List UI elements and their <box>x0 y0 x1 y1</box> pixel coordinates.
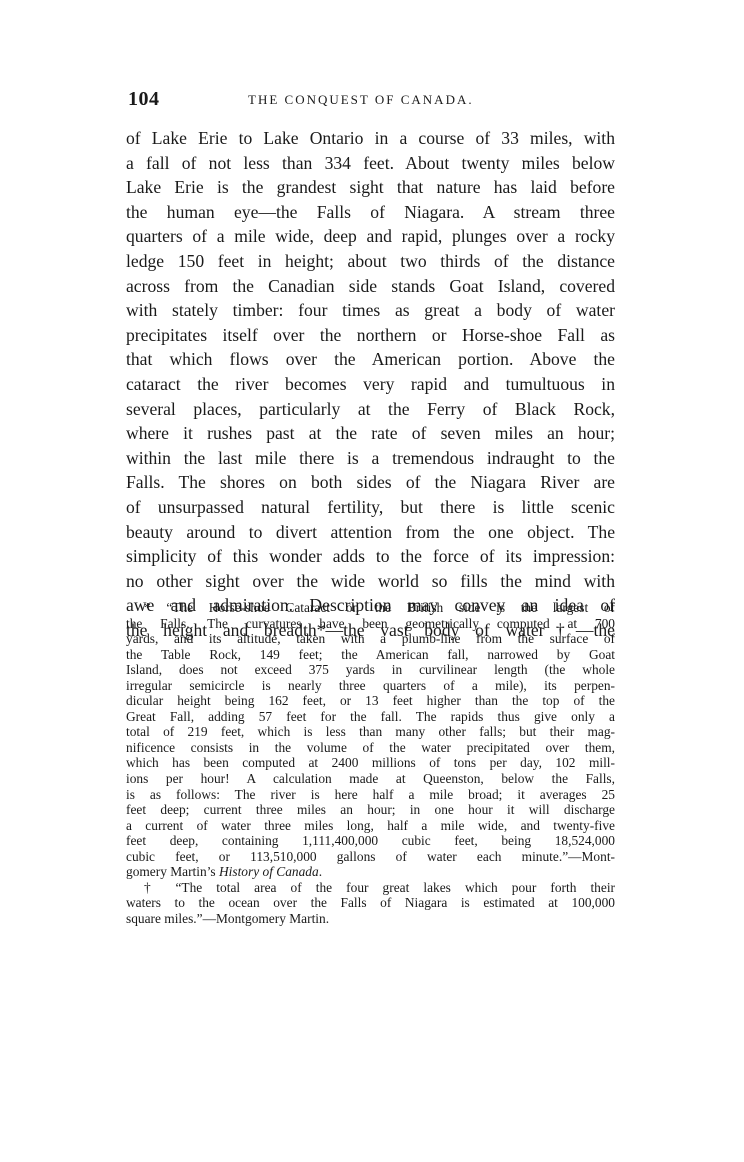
footnote-star: * “The Horse-shoe Cataract on the Britis… <box>126 600 615 880</box>
footnote-line: square miles.”—Montgomery Martin. <box>126 911 615 927</box>
body-line: precipitates itself over the northern or… <box>126 323 615 348</box>
footnote-line: Great Fall, adding 57 feet for the fall.… <box>126 709 615 725</box>
body-line: that which flows over the American porti… <box>126 347 615 372</box>
footnote-line: nificence consists in the volume of the … <box>126 740 615 756</box>
footnote-line: the Falls. The curvatures have been geom… <box>126 616 615 632</box>
footnote-line: irregular semicircle is nearly three qua… <box>126 678 615 694</box>
body-line: across from the Canadian side stands Goa… <box>126 274 615 299</box>
footnote-line: ions per hour! A calculation made at Que… <box>126 771 615 787</box>
footnotes: * “The Horse-shoe Cataract on the Britis… <box>126 600 615 926</box>
book-page: 104 THE CONQUEST OF CANADA. of Lake Erie… <box>0 0 744 1162</box>
body-line: simplicity of this wonder adds to the fo… <box>126 544 615 569</box>
footnote-line: total of 219 feet, which is less than ma… <box>126 724 615 740</box>
body-line: beauty around to divert attention from t… <box>126 520 615 545</box>
running-head: 104 THE CONQUEST OF CANADA. <box>126 88 614 112</box>
body-text: of Lake Erie to Lake Ontario in a course… <box>126 126 615 642</box>
body-line: of Lake Erie to Lake Ontario in a course… <box>126 126 615 151</box>
page-number: 104 <box>128 88 160 111</box>
citation-suffix: . <box>319 864 322 879</box>
footnote-line: feet deep, containing 1,111,400,000 cubi… <box>126 833 615 849</box>
body-line: the human eye—the Falls of Niagara. A st… <box>126 200 615 225</box>
body-line: with stately timber: four times as great… <box>126 298 615 323</box>
body-line: ledge 150 feet in height; about two thir… <box>126 249 615 274</box>
body-line: several places, particularly at the Ferr… <box>126 397 615 422</box>
footnote-line: dicular height being 162 feet, or 13 fee… <box>126 693 615 709</box>
body-line: cataract the river becomes very rapid an… <box>126 372 615 397</box>
book-title-citation: History of Canada <box>219 864 319 879</box>
body-line: quarters of a mile wide, deep and rapid,… <box>126 224 615 249</box>
footnote-line: a current of water three miles long, hal… <box>126 818 615 834</box>
body-line: a fall of not less than 334 feet. About … <box>126 151 615 176</box>
footnote-line: which has been computed at 2400 millions… <box>126 755 615 771</box>
footnote-line: yards, and its altitude, taken with a pl… <box>126 631 615 647</box>
body-line: no other sight over the wide world so fi… <box>126 569 615 594</box>
body-line: Falls. The shores on both sides of the N… <box>126 470 615 495</box>
footnote-line: * “The Horse-shoe Cataract on the Britis… <box>126 600 615 616</box>
footnote-line: Island, does not exceed 375 yards in cur… <box>126 662 615 678</box>
footnote-line: feet deep; current three miles an hour; … <box>126 802 615 818</box>
footnote-line: cubic feet, or 113,510,000 gallons of wa… <box>126 849 615 865</box>
body-line: Lake Erie is the grandest sight that nat… <box>126 175 615 200</box>
footnote-line: † “The total area of the four great lake… <box>126 880 615 896</box>
footnote-line: the Table Rock, 149 feet; the American f… <box>126 647 615 663</box>
footnote-line: is as follows: The river is here half a … <box>126 787 615 803</box>
body-line: within the last mile there is a tremendo… <box>126 446 615 471</box>
footnote-dagger: † “The total area of the four great lake… <box>126 880 615 927</box>
footnote-citation-line: gomery Martin’s History of Canada. <box>126 864 615 880</box>
citation-prefix: gomery Martin’s <box>126 864 219 879</box>
body-line: of unsurpassed natural fertility, but th… <box>126 495 615 520</box>
body-line: where it rushes past at the rate of seve… <box>126 421 615 446</box>
running-title: THE CONQUEST OF CANADA. <box>248 92 474 108</box>
footnote-line: waters to the ocean over the Falls of Ni… <box>126 895 615 911</box>
